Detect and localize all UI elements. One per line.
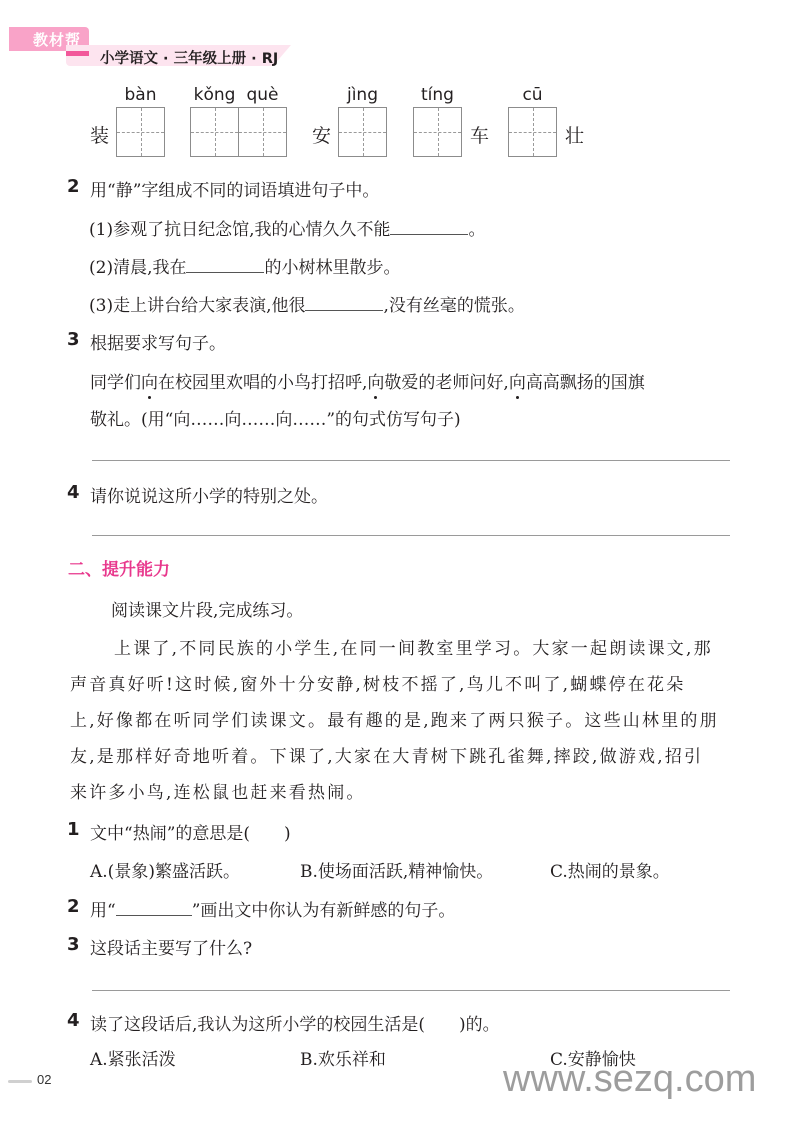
sentence-text: ,没有丝毫的慌张。 [383,296,524,316]
emphasis-char: 向 [141,373,158,393]
question-prompt: 用“静”字组成不同的词语填进句子中。 [90,176,379,201]
prompt-text: 用“ [90,901,116,921]
sentence-text: 同学们 [90,373,141,393]
example-sentence-line-1: 同学们向在校园里欢唱的小鸟打招呼,向敬爱的老师问好,向高高飘扬的国旗 [90,368,645,393]
sentence-text: (1)参观了抗日纪念馆,我的心情久久不能 [89,220,390,240]
tianzige-box[interactable] [116,107,165,157]
pinyin-label: què [238,85,287,105]
prompt-text: ”画出文中你认为有新鲜感的句子。 [192,901,456,921]
tianzige-box[interactable] [238,107,287,157]
option-b[interactable]: B.欢乐祥和 [300,1045,386,1070]
answer-line[interactable] [92,535,730,536]
sentence-text: 的小树林里散步。 [264,258,400,278]
emphasis-char: 向 [509,373,526,393]
tianzige-box[interactable] [190,107,239,157]
pinyin-label: cū [508,85,557,105]
passage-line: 来许多小鸟,连松鼠也赶来看热闹。 [70,778,366,803]
tianzige-box[interactable] [508,107,557,157]
reading-instruction: 阅读课文片段,完成练习。 [111,596,303,621]
option-b[interactable]: B.使场面活跃,精神愉快。 [300,857,493,882]
sentence-text: 高高飘扬的国旗 [526,373,645,393]
subject-title: 小学语文 · 三年级上册 · RJ [100,47,278,68]
section-title: 二、提升能力 [68,555,170,580]
answer-blank[interactable] [390,220,468,235]
char-prefix: 安 [312,121,331,148]
sentence-text: 敬爱的老师问好, [384,373,508,393]
answer-blank[interactable] [305,296,383,311]
option-a[interactable]: A.(景象)繁盛活跃。 [90,857,240,882]
question-prompt: 用“”画出文中你认为有新鲜感的句子。 [90,896,455,921]
question-number: 1 [67,819,80,840]
question-number: 4 [67,482,80,503]
char-suffix: 壮 [565,121,584,148]
sentence-text: (2)清晨,我在 [89,258,186,278]
question-prompt: 这段话主要写了什么? [90,934,252,959]
question-number: 3 [67,934,80,955]
answer-blank[interactable] [186,258,264,273]
emphasis-char: 向 [367,373,384,393]
tianzige-box[interactable] [338,107,387,157]
question-prompt: 请你说说这所小学的特别之处。 [90,482,328,507]
sentence-text: 在校园里欢唱的小鸟打招呼, [158,373,367,393]
underline-sample [116,901,192,916]
pinyin-label: jìng [338,85,387,105]
question-number: 2 [67,896,80,917]
question-number: 2 [67,176,80,197]
answer-line[interactable] [92,990,730,991]
page-number: 02 [37,1072,51,1087]
badge-fold-decoration [66,51,89,56]
watermark: www.sezq.com [503,1058,756,1101]
question-prompt: 文中“热闹”的意思是( ) [90,819,291,844]
question-prompt: 读了这段话后,我认为这所小学的校园生活是( )的。 [90,1010,500,1035]
pinyin-label: bàn [116,85,165,105]
char-prefix: 装 [90,121,109,148]
question-number: 3 [67,329,80,350]
passage-line: 声音真好听!这时候,窗外十分安静,树枝不摇了,鸟儿不叫了,蝴蝶停在花朵 [70,670,685,695]
pinyin-label: kǒng [190,85,239,105]
fill-sentence-1: (1)参观了抗日纪念馆,我的心情久久不能。 [89,215,485,240]
question-number: 4 [67,1010,80,1031]
passage-line: 友,是那样好奇地听着。下课了,大家在大青树下跳孔雀舞,摔跤,做游戏,招引 [70,742,703,767]
answer-line[interactable] [92,460,730,461]
tianzige-box[interactable] [413,107,462,157]
fill-sentence-2: (2)清晨,我在的小树林里散步。 [89,253,400,278]
sentence-text: (3)走上讲台给大家表演,他很 [89,296,305,316]
char-suffix: 车 [470,121,489,148]
fill-sentence-3: (3)走上讲台给大家表演,他很,没有丝毫的慌张。 [89,291,525,316]
option-c[interactable]: C.热闹的景象。 [550,857,670,882]
option-a[interactable]: A.紧张活泼 [90,1045,176,1070]
page-number-decoration [8,1080,32,1083]
pinyin-label: tíng [413,85,462,105]
passage-line: 上,好像都在听同学们读课文。最有趣的是,跑来了两只猴子。这些山林里的朋 [70,706,719,731]
passage-line: 上课了,不同民族的小学生,在同一间教室里学习。大家一起朗读课文,那 [114,634,713,659]
question-prompt: 根据要求写句子。 [90,329,226,354]
example-sentence-line-2: 敬礼。(用“向……向……向……”的句式仿写句子) [90,405,461,430]
sentence-text: 。 [468,220,485,240]
